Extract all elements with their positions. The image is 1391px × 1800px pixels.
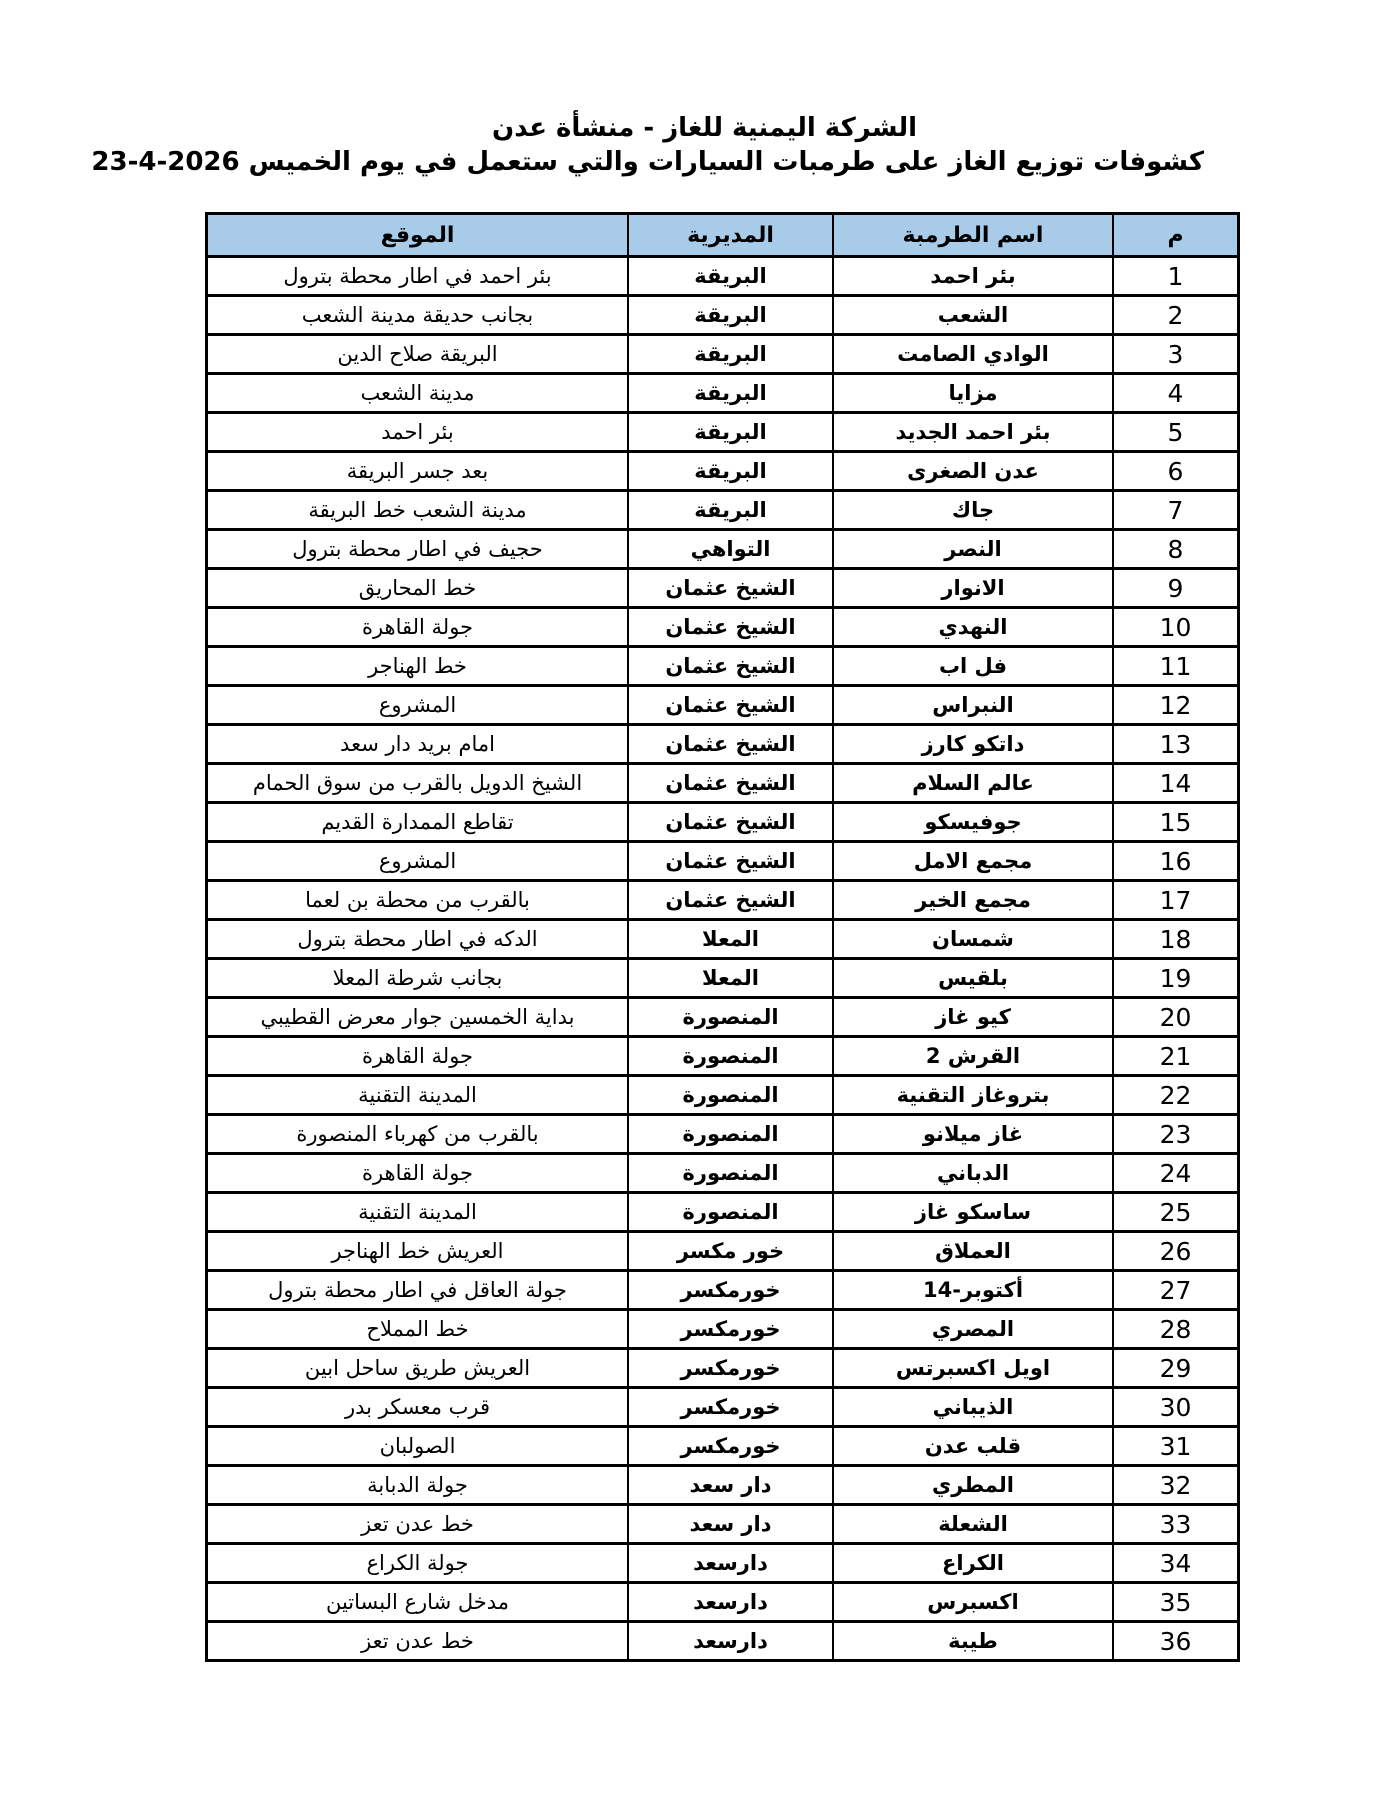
district-cell: البريقة [628, 335, 833, 374]
table-row: 31قلب عدنخورمكسرالصولبان [207, 1427, 1239, 1466]
table-row: 34الكراعدارسعدجولة الكراع [207, 1544, 1239, 1583]
table-row: 12النبراسالشيخ عثمانالمشروع [207, 686, 1239, 725]
district-cell: المنصورة [628, 1076, 833, 1115]
district-cell: الشيخ عثمان [628, 803, 833, 842]
table-row: 24الدبانيالمنصورةجولة القاهرة [207, 1154, 1239, 1193]
row-index-cell: 8 [1113, 530, 1239, 569]
pump-name-cell: مجمع الخير [833, 881, 1113, 920]
pump-name-cell: بئر احمد [833, 257, 1113, 296]
location-cell: العريش خط الهناجر [207, 1232, 629, 1271]
district-cell: البريقة [628, 491, 833, 530]
row-index-cell: 28 [1113, 1310, 1239, 1349]
location-cell: خط الهناجر [207, 647, 629, 686]
table-row: 5بئر احمد الجديدالبريقةبئر احمد [207, 413, 1239, 452]
table-row: 33الشعلةدار سعدخط عدن تعز [207, 1505, 1239, 1544]
district-cell: المنصورة [628, 1115, 833, 1154]
table-head: م اسم الطرمبة المديرية الموقع [207, 214, 1239, 257]
pump-name-cell: داتكو كارز [833, 725, 1113, 764]
pump-name-cell: الوادي الصامت [833, 335, 1113, 374]
row-index-cell: 22 [1113, 1076, 1239, 1115]
pump-name-cell: كيو غاز [833, 998, 1113, 1037]
row-index-cell: 4 [1113, 374, 1239, 413]
row-index-cell: 18 [1113, 920, 1239, 959]
location-cell: الصولبان [207, 1427, 629, 1466]
row-index-cell: 15 [1113, 803, 1239, 842]
location-cell: خط المملاح [207, 1310, 629, 1349]
location-cell: المشروع [207, 686, 629, 725]
location-cell: البريقة صلاح الدين [207, 335, 629, 374]
row-index-cell: 1 [1113, 257, 1239, 296]
location-cell: جولة القاهرة [207, 1154, 629, 1193]
pump-name-cell: العملاق [833, 1232, 1113, 1271]
table-row: 23غاز ميلانوالمنصورةبالقرب من كهرباء الم… [207, 1115, 1239, 1154]
pump-name-cell: الدباني [833, 1154, 1113, 1193]
location-cell: العريش طريق ساحل ابين [207, 1349, 629, 1388]
row-index-cell: 3 [1113, 335, 1239, 374]
row-index-cell: 13 [1113, 725, 1239, 764]
location-cell: بئر احمد في اطار محطة بترول [207, 257, 629, 296]
pump-name-cell: قلب عدن [833, 1427, 1113, 1466]
district-cell: البريقة [628, 374, 833, 413]
row-index-cell: 26 [1113, 1232, 1239, 1271]
table-row: 4مزاياالبريقةمدينة الشعب [207, 374, 1239, 413]
table-row: 16مجمع الاملالشيخ عثمانالمشروع [207, 842, 1239, 881]
location-cell: بجانب حديقة مدينة الشعب [207, 296, 629, 335]
district-cell: المعلا [628, 959, 833, 998]
location-cell: بالقرب من كهرباء المنصورة [207, 1115, 629, 1154]
location-cell: المدينة التقنية [207, 1076, 629, 1115]
district-cell: خورمكسر [628, 1388, 833, 1427]
location-cell: خط عدن تعز [207, 1622, 629, 1661]
row-index-cell: 16 [1113, 842, 1239, 881]
pump-name-cell: الشعب [833, 296, 1113, 335]
pump-name-cell: النصر [833, 530, 1113, 569]
district-cell: البريقة [628, 452, 833, 491]
table-row: 32المطريدار سعدجولة الدبابة [207, 1466, 1239, 1505]
row-index-cell: 20 [1113, 998, 1239, 1037]
row-index-cell: 27 [1113, 1271, 1239, 1310]
table-row: 6عدن الصغرىالبريقةبعد جسر البريقة [207, 452, 1239, 491]
table-header-row: م اسم الطرمبة المديرية الموقع [207, 214, 1239, 257]
table-row: 35اكسبرسدارسعدمدخل شارع البساتين [207, 1583, 1239, 1622]
report-title: كشوفات توزيع الغاز على طرمبات السيارات و… [205, 145, 1204, 180]
table-row: 14عالم السلامالشيخ عثمانالشيخ الدويل بال… [207, 764, 1239, 803]
pump-name-cell: عدن الصغرى [833, 452, 1113, 491]
row-index-cell: 6 [1113, 452, 1239, 491]
district-cell: خورمكسر [628, 1310, 833, 1349]
row-index-cell: 11 [1113, 647, 1239, 686]
row-index-cell: 17 [1113, 881, 1239, 920]
district-cell: الشيخ عثمان [628, 569, 833, 608]
pump-name-cell: اكسبرس [833, 1583, 1113, 1622]
row-index-cell: 24 [1113, 1154, 1239, 1193]
gas-distribution-table: م اسم الطرمبة المديرية الموقع 1بئر احمدا… [205, 212, 1240, 1662]
pump-name-cell: مزايا [833, 374, 1113, 413]
district-cell: المعلا [628, 920, 833, 959]
district-cell: الشيخ عثمان [628, 608, 833, 647]
location-cell: امام بريد دار سعد [207, 725, 629, 764]
district-cell: الشيخ عثمان [628, 842, 833, 881]
district-cell: البريقة [628, 296, 833, 335]
location-cell: مدخل شارع البساتين [207, 1583, 629, 1622]
district-cell: خور مكسر [628, 1232, 833, 1271]
table-row: 36طيبةدارسعدخط عدن تعز [207, 1622, 1239, 1661]
location-cell: بئر احمد [207, 413, 629, 452]
row-index-cell: 19 [1113, 959, 1239, 998]
table-row: 30الذيبانيخورمكسرقرب معسكر بدر [207, 1388, 1239, 1427]
column-header-index: م [1113, 214, 1239, 257]
location-cell: قرب معسكر بدر [207, 1388, 629, 1427]
pump-name-cell: طيبة [833, 1622, 1113, 1661]
row-index-cell: 34 [1113, 1544, 1239, 1583]
table-row: 19بلقيسالمعلابجانب شرطة المعلا [207, 959, 1239, 998]
district-cell: الشيخ عثمان [628, 725, 833, 764]
pump-name-cell: أكتوبر-14 [833, 1271, 1113, 1310]
location-cell: بعد جسر البريقة [207, 452, 629, 491]
district-cell: المنصورة [628, 1193, 833, 1232]
pump-name-cell: فل اب [833, 647, 1113, 686]
location-cell: خط عدن تعز [207, 1505, 629, 1544]
location-cell: الدكه في اطار محطة بترول [207, 920, 629, 959]
table-row: 8النصرالتواهيحجيف في اطار محطة بترول [207, 530, 1239, 569]
district-cell: المنصورة [628, 1154, 833, 1193]
location-cell: جولة القاهرة [207, 1037, 629, 1076]
pump-name-cell: بتروغاز التقنية [833, 1076, 1113, 1115]
table-row: 1بئر احمدالبريقةبئر احمد في اطار محطة بت… [207, 257, 1239, 296]
table-row: 7جاكالبريقةمدينة الشعب خط البريقة [207, 491, 1239, 530]
location-cell: بالقرب من محطة بن لعما [207, 881, 629, 920]
district-cell: دارسعد [628, 1583, 833, 1622]
district-cell: المنصورة [628, 1037, 833, 1076]
table-row: 13داتكو كارزالشيخ عثمانامام بريد دار سعد [207, 725, 1239, 764]
pump-name-cell: غاز ميلانو [833, 1115, 1113, 1154]
district-cell: البريقة [628, 257, 833, 296]
table-row: 21القرش 2المنصورةجولة القاهرة [207, 1037, 1239, 1076]
pump-name-cell: مجمع الامل [833, 842, 1113, 881]
district-cell: الشيخ عثمان [628, 647, 833, 686]
district-cell: التواهي [628, 530, 833, 569]
pump-name-cell: ساسكو غاز [833, 1193, 1113, 1232]
pump-name-cell: اويل اكسبرتس [833, 1349, 1113, 1388]
location-cell: بجانب شرطة المعلا [207, 959, 629, 998]
pump-name-cell: جوفيسكو [833, 803, 1113, 842]
pump-name-cell: المصري [833, 1310, 1113, 1349]
row-index-cell: 5 [1113, 413, 1239, 452]
location-cell: المشروع [207, 842, 629, 881]
location-cell: جولة العاقل في اطار محطة بترول [207, 1271, 629, 1310]
location-cell: مدينة الشعب خط البريقة [207, 491, 629, 530]
location-cell: جولة الكراع [207, 1544, 629, 1583]
table-row: 28المصريخورمكسرخط المملاح [207, 1310, 1239, 1349]
location-cell: المدينة التقنية [207, 1193, 629, 1232]
row-index-cell: 30 [1113, 1388, 1239, 1427]
row-index-cell: 31 [1113, 1427, 1239, 1466]
row-index-cell: 35 [1113, 1583, 1239, 1622]
location-cell: مدينة الشعب [207, 374, 629, 413]
pump-name-cell: القرش 2 [833, 1037, 1113, 1076]
pump-name-cell: المطري [833, 1466, 1113, 1505]
table-row: 2الشعبالبريقةبجانب حديقة مدينة الشعب [207, 296, 1239, 335]
table-row: 17مجمع الخيرالشيخ عثمانبالقرب من محطة بن… [207, 881, 1239, 920]
table-row: 26العملاقخور مكسرالعريش خط الهناجر [207, 1232, 1239, 1271]
table-row: 9الانوارالشيخ عثمانخط المحاريق [207, 569, 1239, 608]
pump-name-cell: الانوار [833, 569, 1113, 608]
district-cell: دارسعد [628, 1622, 833, 1661]
location-cell: جولة الدبابة [207, 1466, 629, 1505]
column-header-pump-name: اسم الطرمبة [833, 214, 1113, 257]
pump-name-cell: النهدي [833, 608, 1113, 647]
pump-name-cell: عالم السلام [833, 764, 1113, 803]
table-row: 27أكتوبر-14خورمكسرجولة العاقل في اطار مح… [207, 1271, 1239, 1310]
table-row: 29اويل اكسبرتسخورمكسرالعريش طريق ساحل اب… [207, 1349, 1239, 1388]
row-index-cell: 7 [1113, 491, 1239, 530]
row-index-cell: 29 [1113, 1349, 1239, 1388]
company-title: الشركة اليمنية للغاز - منشأة عدن [205, 112, 1204, 145]
row-index-cell: 33 [1113, 1505, 1239, 1544]
table-row: 18شمسانالمعلاالدكه في اطار محطة بترول [207, 920, 1239, 959]
location-cell: بداية الخمسين جوار معرض القطيبي [207, 998, 629, 1037]
table-row: 11فل ابالشيخ عثمانخط الهناجر [207, 647, 1239, 686]
district-cell: الشيخ عثمان [628, 686, 833, 725]
table-row: 3الوادي الصامتالبريقةالبريقة صلاح الدين [207, 335, 1239, 374]
table-row: 25ساسكو غازالمنصورةالمدينة التقنية [207, 1193, 1239, 1232]
pump-name-cell: النبراس [833, 686, 1113, 725]
location-cell: حجيف في اطار محطة بترول [207, 530, 629, 569]
table-row: 22بتروغاز التقنيةالمنصورةالمدينة التقنية [207, 1076, 1239, 1115]
row-index-cell: 14 [1113, 764, 1239, 803]
district-cell: خورمكسر [628, 1271, 833, 1310]
pump-name-cell: بئر احمد الجديد [833, 413, 1113, 452]
table-row: 20كيو غازالمنصورةبداية الخمسين جوار معرض… [207, 998, 1239, 1037]
row-index-cell: 32 [1113, 1466, 1239, 1505]
row-index-cell: 21 [1113, 1037, 1239, 1076]
location-cell: جولة القاهرة [207, 608, 629, 647]
table-row: 15جوفيسكوالشيخ عثمانتقاطع الممدارة القدي… [207, 803, 1239, 842]
district-cell: المنصورة [628, 998, 833, 1037]
district-cell: خورمكسر [628, 1427, 833, 1466]
row-index-cell: 25 [1113, 1193, 1239, 1232]
district-cell: خورمكسر [628, 1349, 833, 1388]
row-index-cell: 2 [1113, 296, 1239, 335]
district-cell: دار سعد [628, 1505, 833, 1544]
pump-name-cell: الشعلة [833, 1505, 1113, 1544]
row-index-cell: 9 [1113, 569, 1239, 608]
document-page: الشركة اليمنية للغاز - منشأة عدن كشوفات … [0, 0, 1391, 1800]
row-index-cell: 36 [1113, 1622, 1239, 1661]
district-cell: الشيخ عثمان [628, 764, 833, 803]
location-cell: الشيخ الدويل بالقرب من سوق الحمام [207, 764, 629, 803]
row-index-cell: 10 [1113, 608, 1239, 647]
district-cell: البريقة [628, 413, 833, 452]
document-header: الشركة اليمنية للغاز - منشأة عدن كشوفات … [205, 112, 1204, 180]
column-header-district: المديرية [628, 214, 833, 257]
pump-name-cell: الكراع [833, 1544, 1113, 1583]
location-cell: خط المحاريق [207, 569, 629, 608]
district-cell: دارسعد [628, 1544, 833, 1583]
district-cell: الشيخ عثمان [628, 881, 833, 920]
column-header-location: الموقع [207, 214, 629, 257]
pump-name-cell: جاك [833, 491, 1113, 530]
row-index-cell: 12 [1113, 686, 1239, 725]
table-body: 1بئر احمدالبريقةبئر احمد في اطار محطة بت… [207, 257, 1239, 1661]
district-cell: دار سعد [628, 1466, 833, 1505]
location-cell: تقاطع الممدارة القديم [207, 803, 629, 842]
row-index-cell: 23 [1113, 1115, 1239, 1154]
table-row: 10النهديالشيخ عثمانجولة القاهرة [207, 608, 1239, 647]
pump-name-cell: شمسان [833, 920, 1113, 959]
pump-name-cell: بلقيس [833, 959, 1113, 998]
pump-name-cell: الذيباني [833, 1388, 1113, 1427]
